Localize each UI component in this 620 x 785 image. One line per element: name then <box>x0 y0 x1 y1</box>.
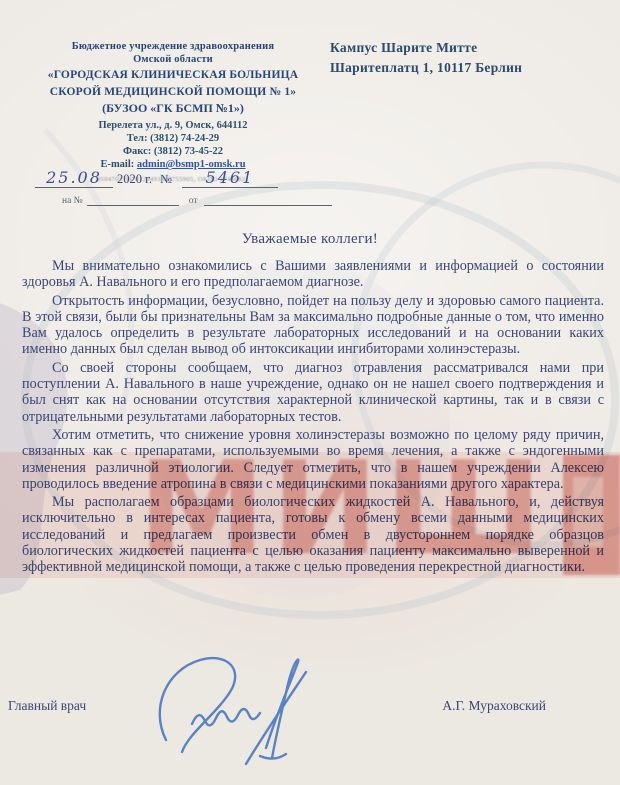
recipient-line2: Шаритеплатц 1, 10117 Берлин <box>330 58 522 78</box>
org-address: Перелета ул., д. 9, Омск, 644112 <box>28 119 318 132</box>
org-line1: Бюджетное учреждение здравоохранения <box>28 40 318 53</box>
org-abbr: (БУЗОО «ГК БСМП №1») <box>28 101 318 116</box>
number-handwritten-field: 5461 <box>182 168 278 188</box>
letter-body: Мы внимательно ознакомились с Вашими зая… <box>22 258 604 578</box>
paragraph-3: Со своей стороны сообщаем, что диагноз о… <box>22 360 604 425</box>
letter-content: Бюджетное учреждение здравоохранения Омс… <box>0 0 620 785</box>
signer-title: Главный врач <box>8 698 86 714</box>
signer-name: А.Г. Мураховский <box>442 698 546 714</box>
salutation: Уважаемые коллеги! <box>0 231 620 248</box>
org-name-line2: СКОРОЙ МЕДИЦИНСКОЙ ПОМОЩИ № 1» <box>28 85 318 99</box>
scanned-letter-page: Бюджетное учреждение здравоохранения Омс… <box>0 0 620 785</box>
signature-row: Главный врач А.Г. Мураховский <box>8 698 546 714</box>
paragraph-4: Хотим отметить, что снижение уровня холи… <box>22 427 604 492</box>
reference-line: 25.08 2020 г. № 5461 <box>35 168 325 188</box>
paragraph-1: Мы внимательно ознакомились с Вашими зая… <box>22 258 604 291</box>
date-handwritten-field: 25.08 <box>35 168 113 188</box>
recipient-address: Кампус Шарите Митте Шаритеплатц 1, 10117… <box>330 38 522 79</box>
reply-number-blank <box>87 205 179 206</box>
reply-na-label: на № <box>62 196 83 206</box>
reply-ot-label: от <box>189 196 198 206</box>
paragraph-2: Открытость информации, безусловно, пойде… <box>22 293 604 358</box>
letterhead: Бюджетное учреждение здравоохранения Омс… <box>28 40 318 184</box>
number-handwritten: 5461 <box>206 168 255 187</box>
paragraph-5: Мы располагаем образцами биологических ж… <box>22 494 604 575</box>
recipient-line1: Кампус Шарите Митте <box>330 38 522 58</box>
reply-reference-line: на № от <box>62 196 362 206</box>
org-phone: Тел: (3812) 74-24-29 <box>28 132 318 145</box>
reply-date-blank <box>204 205 332 206</box>
number-label: № <box>160 172 172 187</box>
date-handwritten: 25.08 <box>46 168 102 187</box>
org-name-line1: «ГОРОДСКАЯ КЛИНИЧЕСКАЯ БОЛЬНИЦА <box>28 68 318 82</box>
org-line2: Омской области <box>28 53 318 66</box>
date-suffix: 2020 г. <box>117 172 152 187</box>
org-fax: Факс: (3812) 73-45-22 <box>28 145 318 158</box>
